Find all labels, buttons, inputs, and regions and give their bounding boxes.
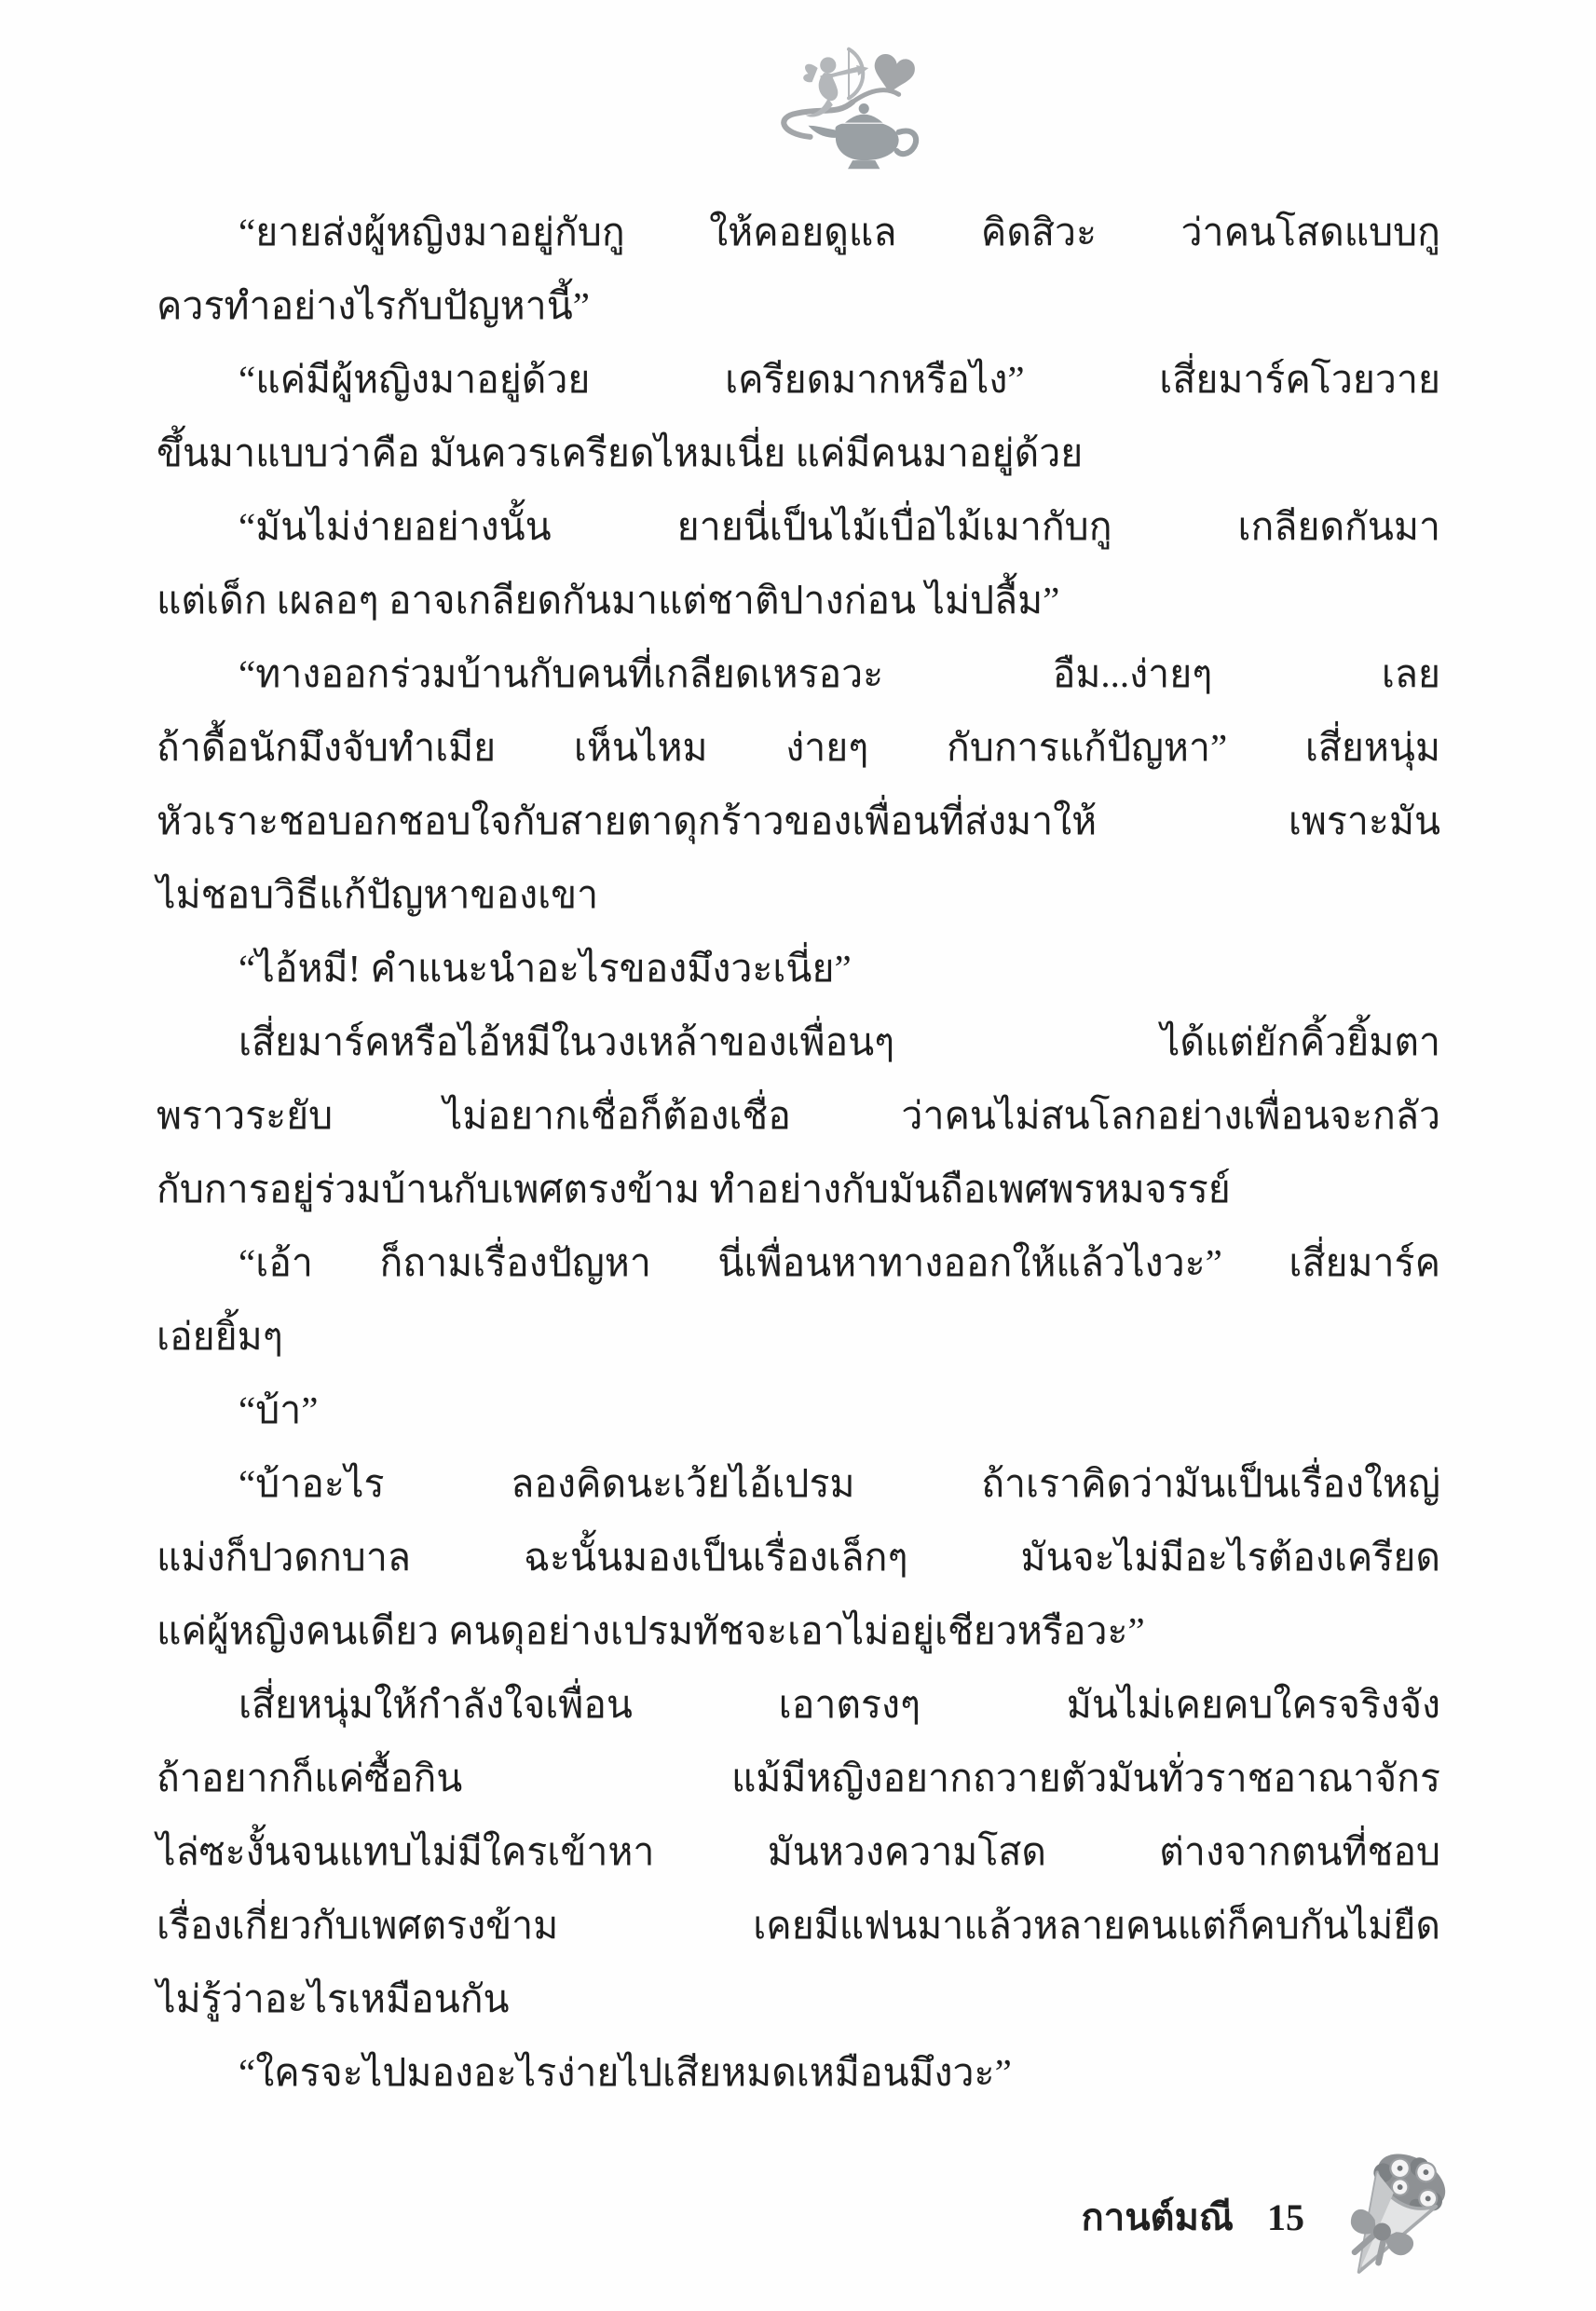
text-line: ขึ้นมาแบบว่าคือ มันควรเครียดไหมเนี่ย แค่… [157,417,1440,490]
cupid-lamp-ornament [766,39,926,177]
flower-bouquet-icon [1317,2140,1459,2296]
text-line: แต่เด็ก เผลอๆ อาจเกลียดกันมาแต่ชาติปางก่… [157,564,1440,637]
text-line: ไล่ซะงั้นจนแทบไม่มีใครเข้าหา มันหวงความโ… [157,1815,1440,1889]
text-line: “เอ้า ก็ถามเรื่องปัญหา นี่เพื่อนหาทางออก… [157,1226,1440,1300]
text-line: “แค่มีผู้หญิงมาอยู่ด้วย เครียดมากหรือไง”… [157,343,1440,417]
text-line: พราวระยับ ไม่อยากเชื่อก็ต้องเชื่อ ว่าคนไ… [157,1079,1440,1153]
author-name: กานต์มณี [1082,2190,1234,2246]
story-text: “ยายส่งผู้หญิงมาอยู่กับกู ให้คอยดูแล คิด… [157,196,1440,2110]
page-number: 15 [1267,2190,1304,2246]
text-line: “ทางออกร่วมบ้านกับคนที่เกลียดเหรอวะ อืม.… [157,637,1440,711]
text-line: ไม่ชอบวิธีแก้ปัญหาของเขา [157,858,1440,932]
text-line: ไม่รู้ว่าอะไรเหมือนกัน [157,1962,1440,2036]
text-line: แค่ผู้หญิงคนเดียว คนดุอย่างเปรมทัชจะเอาไ… [157,1594,1440,1668]
text-line: เรื่องเกี่ยวกับเพศตรงข้าม เคยมีแฟนมาแล้ว… [157,1889,1440,1962]
smoke-swirl-icon [853,90,899,103]
text-line: แม่งก็ปวดกบาล ฉะนั้นมองเป็นเรื่องเล็กๆ ม… [157,1521,1440,1594]
text-line: เสี่ยหนุ่มให้กำลังใจเพื่อน เอาตรงๆ มันไม… [157,1668,1440,1742]
text-line: เอ่ยยิ้มๆ [157,1300,1440,1374]
text-line: หัวเราะชอบอกชอบใจกับสายตาดุกร้าวของเพื่อ… [157,785,1440,858]
text-line: “ไอ้หมี! คำแนะนำอะไรของมึงวะเนี่ย” [157,932,1440,1005]
text-line: “มันไม่ง่ายอย่างนั้น ยายนี่เป็นไม้เบื่อไ… [157,490,1440,564]
text-line: ถ้าดื้อนักมึงจับทำเมีย เห็นไหม ง่ายๆ กับ… [157,711,1440,785]
text-line: ถ้าอยากก็แค่ซื้อกิน แม้มีหญิงอยากถวายตัว… [157,1742,1440,1815]
text-line: ควรทำอย่างไรกับปัญหานี้” [157,269,1440,343]
page-footer: กานต์มณี 15 [969,2190,1304,2246]
text-line: “บ้า” [157,1374,1440,1447]
text-line: “ยายส่งผู้หญิงมาอยู่กับกู ให้คอยดูแล คิด… [157,196,1440,269]
text-line: กับการอยู่ร่วมบ้านกับเพศตรงข้าม ทำอย่างก… [157,1153,1440,1226]
text-line: “บ้าอะไร ลองคิดนะเว้ยไอ้เปรม ถ้าเราคิดว่… [157,1447,1440,1521]
text-line: เสี่ยมาร์คหรือไอ้หมีในวงเหล้าของเพื่อนๆ … [157,1005,1440,1079]
text-line: “ใครจะไปมองอะไรง่ายไปเสียหมดเหมือนมึงวะ” [157,2036,1440,2110]
book-page: “ยายส่งผู้หญิงมาอยู่กับกู ให้คอยดูแล คิด… [0,0,1596,2311]
